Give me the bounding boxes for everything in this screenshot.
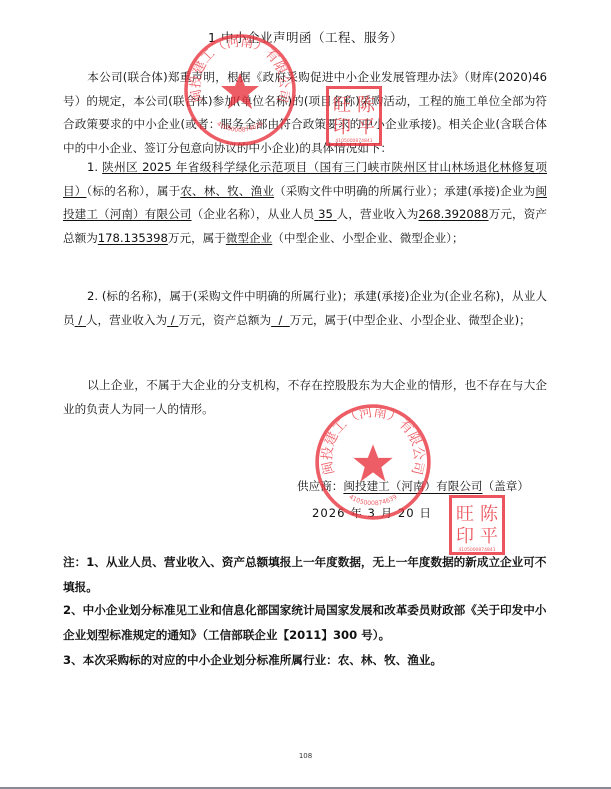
industry: 农、林、牧、渔业 <box>180 184 274 198</box>
note-3: 3、本次采购标的对应的中小企业划分标准所属行业：农、林、牧、渔业。 <box>63 648 547 673</box>
total-assets: 178.135398 <box>98 231 168 245</box>
enterprise-type: 微型企业 <box>226 231 272 245</box>
svg-text:旺: 旺 <box>456 504 474 525</box>
signature-date: 2026 年 3 月 20 日 <box>312 505 432 521</box>
svg-text:平: 平 <box>480 526 498 547</box>
intro-paragraph: 本公司(联合体)郑重声明，根据《政府采购促进中小企业发展管理办法》（财库(202… <box>63 66 547 160</box>
document-title: 1 中小企业声明函（工程、服务） <box>0 28 611 46</box>
svg-text:陈: 陈 <box>480 504 499 525</box>
declaration-paragraph: 以上企业，不属于大企业的分支机构，不存在控股股东为大企业的情形，也不存在与大企业… <box>63 374 547 421</box>
document-page: 1 中小企业声明函（工程、服务） 本公司(联合体)郑重声明，根据《政府采购促进中… <box>0 0 611 789</box>
item-2-paragraph: 2. (标的名称)，属于(采购文件中明确的所属行业)；承建(承接)企业为(企业名… <box>63 285 547 332</box>
revenue: 268.392088 <box>418 207 488 221</box>
employee-count: 35 <box>314 207 336 221</box>
page-number: 108 <box>0 752 611 760</box>
svg-text:印: 印 <box>456 526 474 547</box>
note-1: 注：1、从业人员、营业收入、资产总额填报上一年度数据，无上一年度数据的新成立企业… <box>63 550 547 599</box>
supplier-signature: 供应商：闽投建工（河南）有限公司（盖章） <box>297 478 529 494</box>
supplier-name: 闽投建工（河南）有限公司 <box>343 479 482 493</box>
personal-seal-signature-icon: 旺 陈 印 平 4105000874841 <box>449 495 505 555</box>
item-1-paragraph: 1. 陕州区 2025 年省级科学绿化示范项目（国有三门峡市陕州区甘山林场退化林… <box>63 156 547 250</box>
note-2: 2、中小企业划分标准见工业和信息化部国家统计局国家发展和改革委员财政部《关于印发… <box>63 598 547 647</box>
